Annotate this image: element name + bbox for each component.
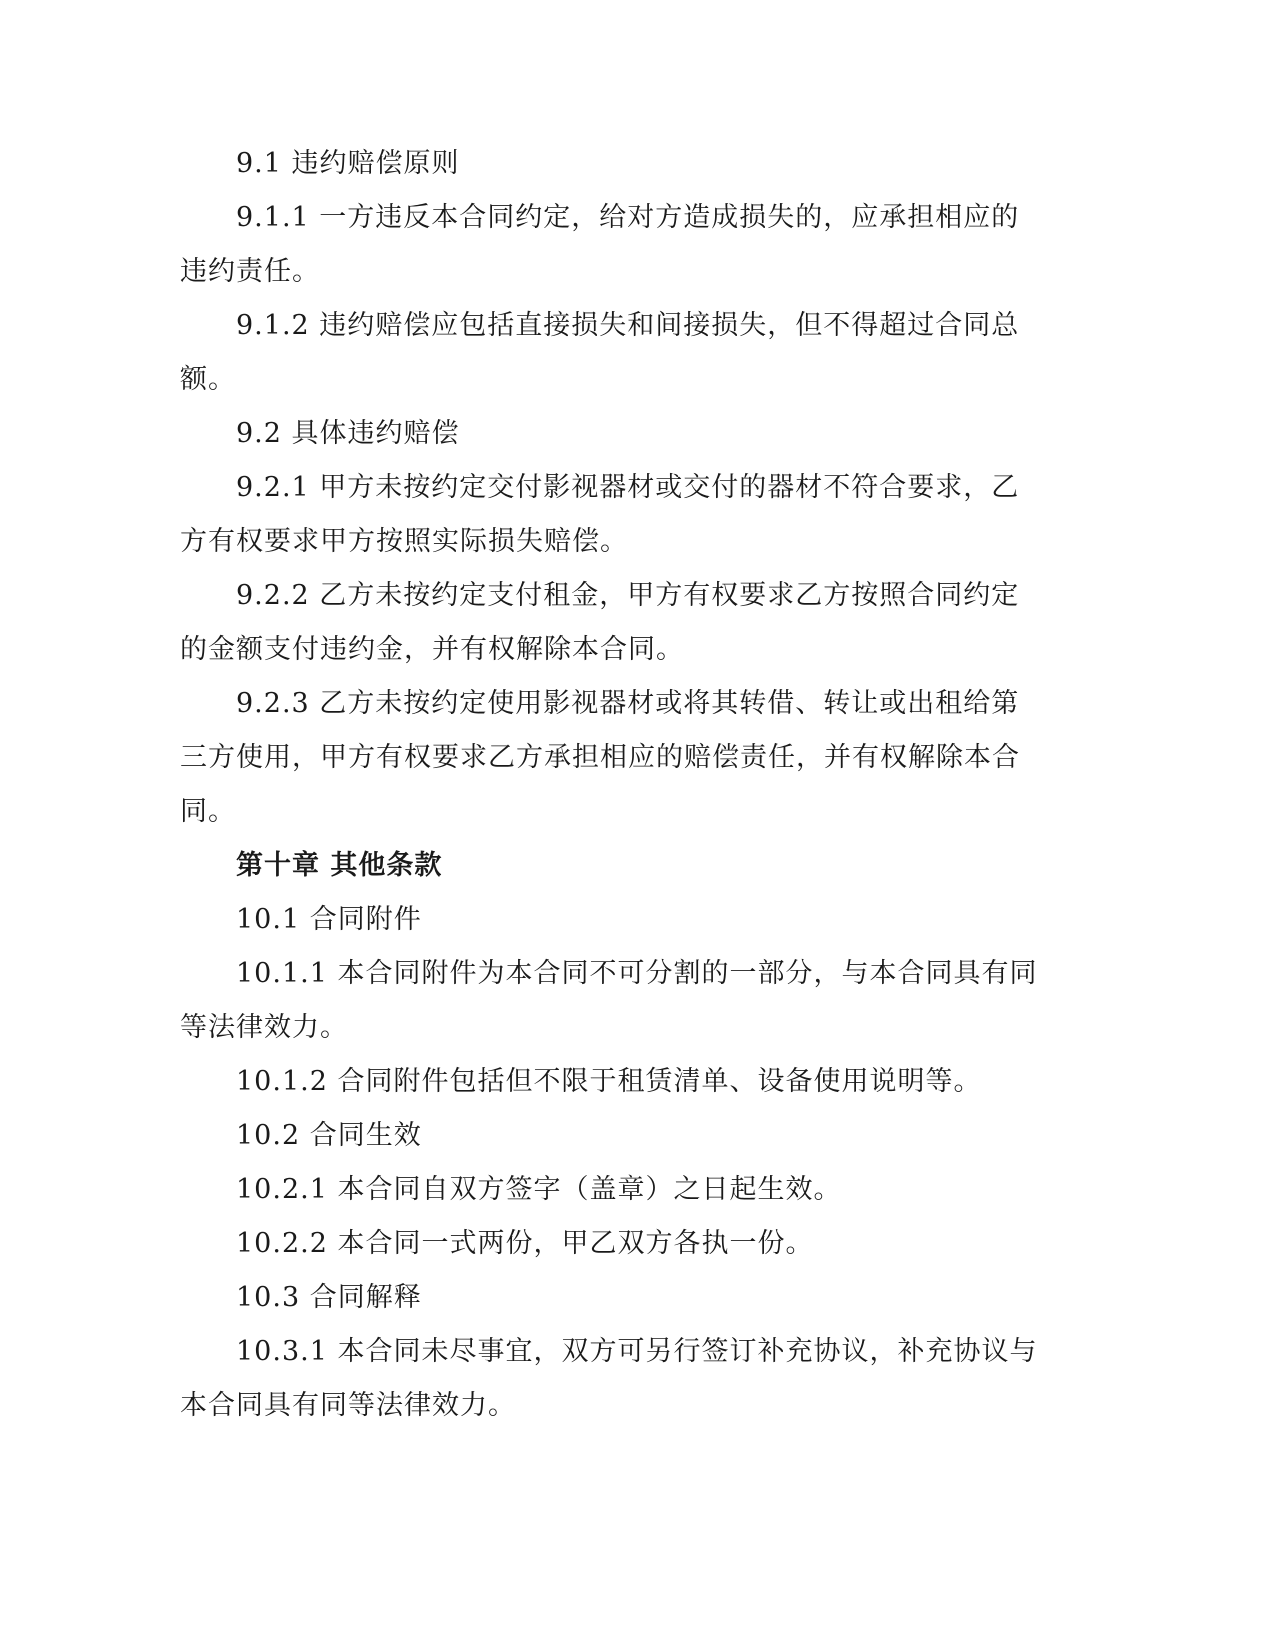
clause-9-1-2-continued: 额。 bbox=[180, 362, 236, 398]
chapter-heading-10: 第十章 其他条款 bbox=[236, 848, 442, 884]
section-heading-10-2: 10.2 合同生效 bbox=[236, 1118, 422, 1154]
clause-10-3-1-continued: 本合同具有同等法律效力。 bbox=[180, 1388, 516, 1424]
section-heading-10-3: 10.3 合同解释 bbox=[236, 1280, 422, 1316]
clause-9-2-3-continued: 三方使用，甲方有权要求乙方承担相应的赔偿责任，并有权解除本合 bbox=[180, 740, 1020, 776]
clause-10-1-1: 10.1.1 本合同附件为本合同不可分割的一部分，与本合同具有同 bbox=[236, 956, 1037, 992]
clause-9-2-3-continued-end: 同。 bbox=[180, 794, 236, 830]
clause-9-1-2: 9.1.2 违约赔偿应包括直接损失和间接损失，但不得超过合同总 bbox=[236, 308, 1019, 344]
clause-9-2-3: 9.2.3 乙方未按约定使用影视器材或将其转借、转让或出租给第 bbox=[236, 686, 1019, 722]
clause-10-3-1: 10.3.1 本合同未尽事宜，双方可另行签订补充协议，补充协议与 bbox=[236, 1334, 1037, 1370]
clause-9-2-2-continued: 的金额支付违约金，并有权解除本合同。 bbox=[180, 632, 684, 668]
clause-9-2-1: 9.2.1 甲方未按约定交付影视器材或交付的器材不符合要求，乙 bbox=[236, 470, 1019, 506]
section-heading-9-1: 9.1 违约赔偿原则 bbox=[236, 146, 460, 182]
section-heading-10-1: 10.1 合同附件 bbox=[236, 902, 422, 938]
document-page: 9.1 违约赔偿原则 9.1.1 一方违反本合同约定，给对方造成损失的，应承担相… bbox=[0, 0, 1275, 1650]
clause-9-1-1: 9.1.1 一方违反本合同约定，给对方造成损失的，应承担相应的 bbox=[236, 200, 1019, 236]
clause-10-1-1-continued: 等法律效力。 bbox=[180, 1010, 348, 1046]
clause-10-2-2: 10.2.2 本合同一式两份，甲乙双方各执一份。 bbox=[236, 1226, 813, 1262]
clause-10-1-2: 10.1.2 合同附件包括但不限于租赁清单、设备使用说明等。 bbox=[236, 1064, 981, 1100]
clause-9-2-1-continued: 方有权要求甲方按照实际损失赔偿。 bbox=[180, 524, 628, 560]
section-heading-9-2: 9.2 具体违约赔偿 bbox=[236, 416, 460, 452]
clause-9-1-1-continued: 违约责任。 bbox=[180, 254, 320, 290]
clause-9-2-2: 9.2.2 乙方未按约定支付租金，甲方有权要求乙方按照合同约定 bbox=[236, 578, 1019, 614]
clause-10-2-1: 10.2.1 本合同自双方签字（盖章）之日起生效。 bbox=[236, 1172, 841, 1208]
